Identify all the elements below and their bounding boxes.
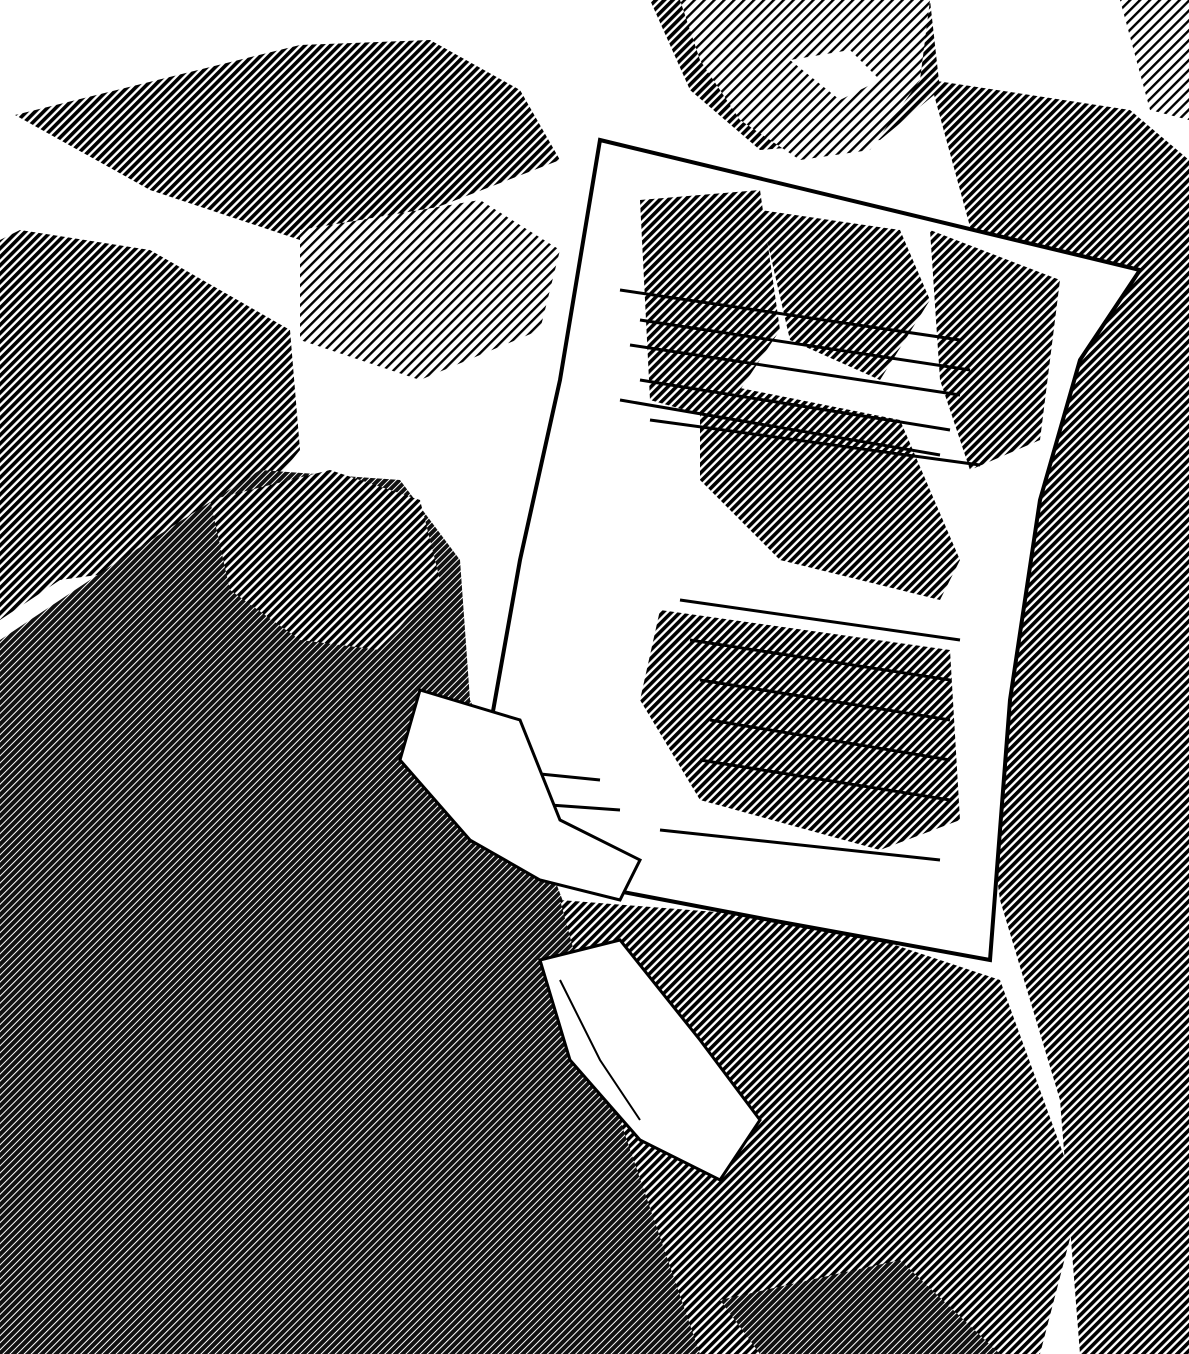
halftone-photograph <box>0 0 1189 1354</box>
